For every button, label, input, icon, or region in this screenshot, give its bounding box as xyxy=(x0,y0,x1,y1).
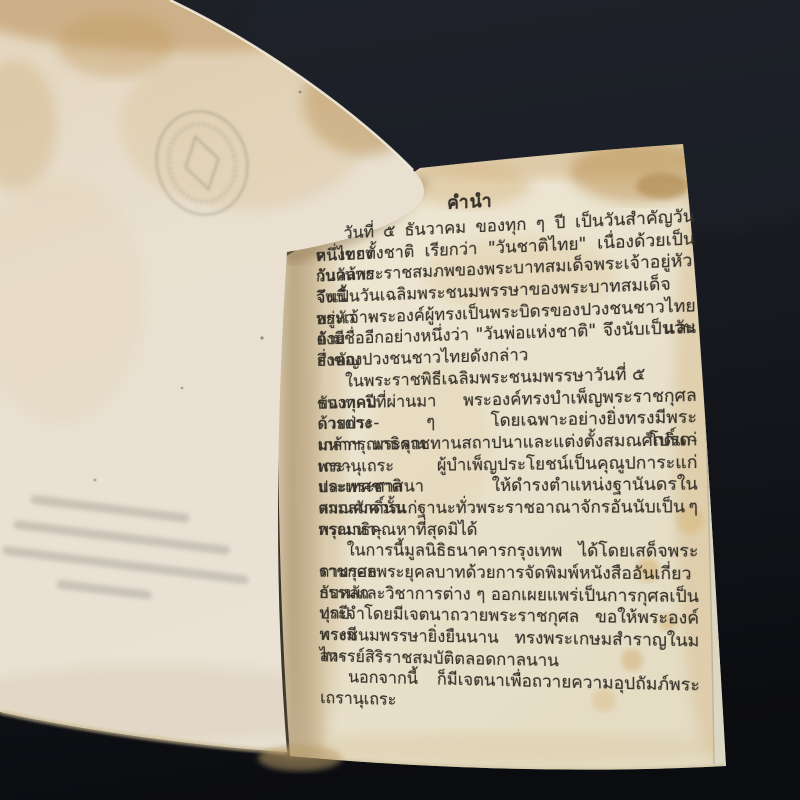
preface-body: วันที่ ๕ ธันวาคม ของทุก ๆ ปี เป็นวันสำคั… xyxy=(315,206,700,698)
text-line: ตามสมควรแก่ฐานะทั่วพระราชอาณาจักรอันนับเ… xyxy=(318,497,698,520)
text-line: ในการนี้มูลนิธิธนาคารกรุงเทพ ได้โดยเสด็จ… xyxy=(319,541,699,564)
preface-page: คำนำ วันที่ ๕ ธันวาคม ของทุก ๆ ปี เป็นวั… xyxy=(315,180,700,699)
text-line: และพระศาสนา ให้ดำรงตำแหน่งฐานันดรในสมณศั… xyxy=(318,474,698,499)
text-line: ตามรอยพระยุคลบาทด้วยการจัดพิมพ์หนังสืออั… xyxy=(319,562,699,586)
photo-of-open-book: คำนำ วันที่ ๕ ธันวาคม ของทุก ๆ ปี เป็นวั… xyxy=(0,0,800,800)
text-line: กรุณาธิคุณหาที่สุดมิได้ xyxy=(318,519,698,541)
